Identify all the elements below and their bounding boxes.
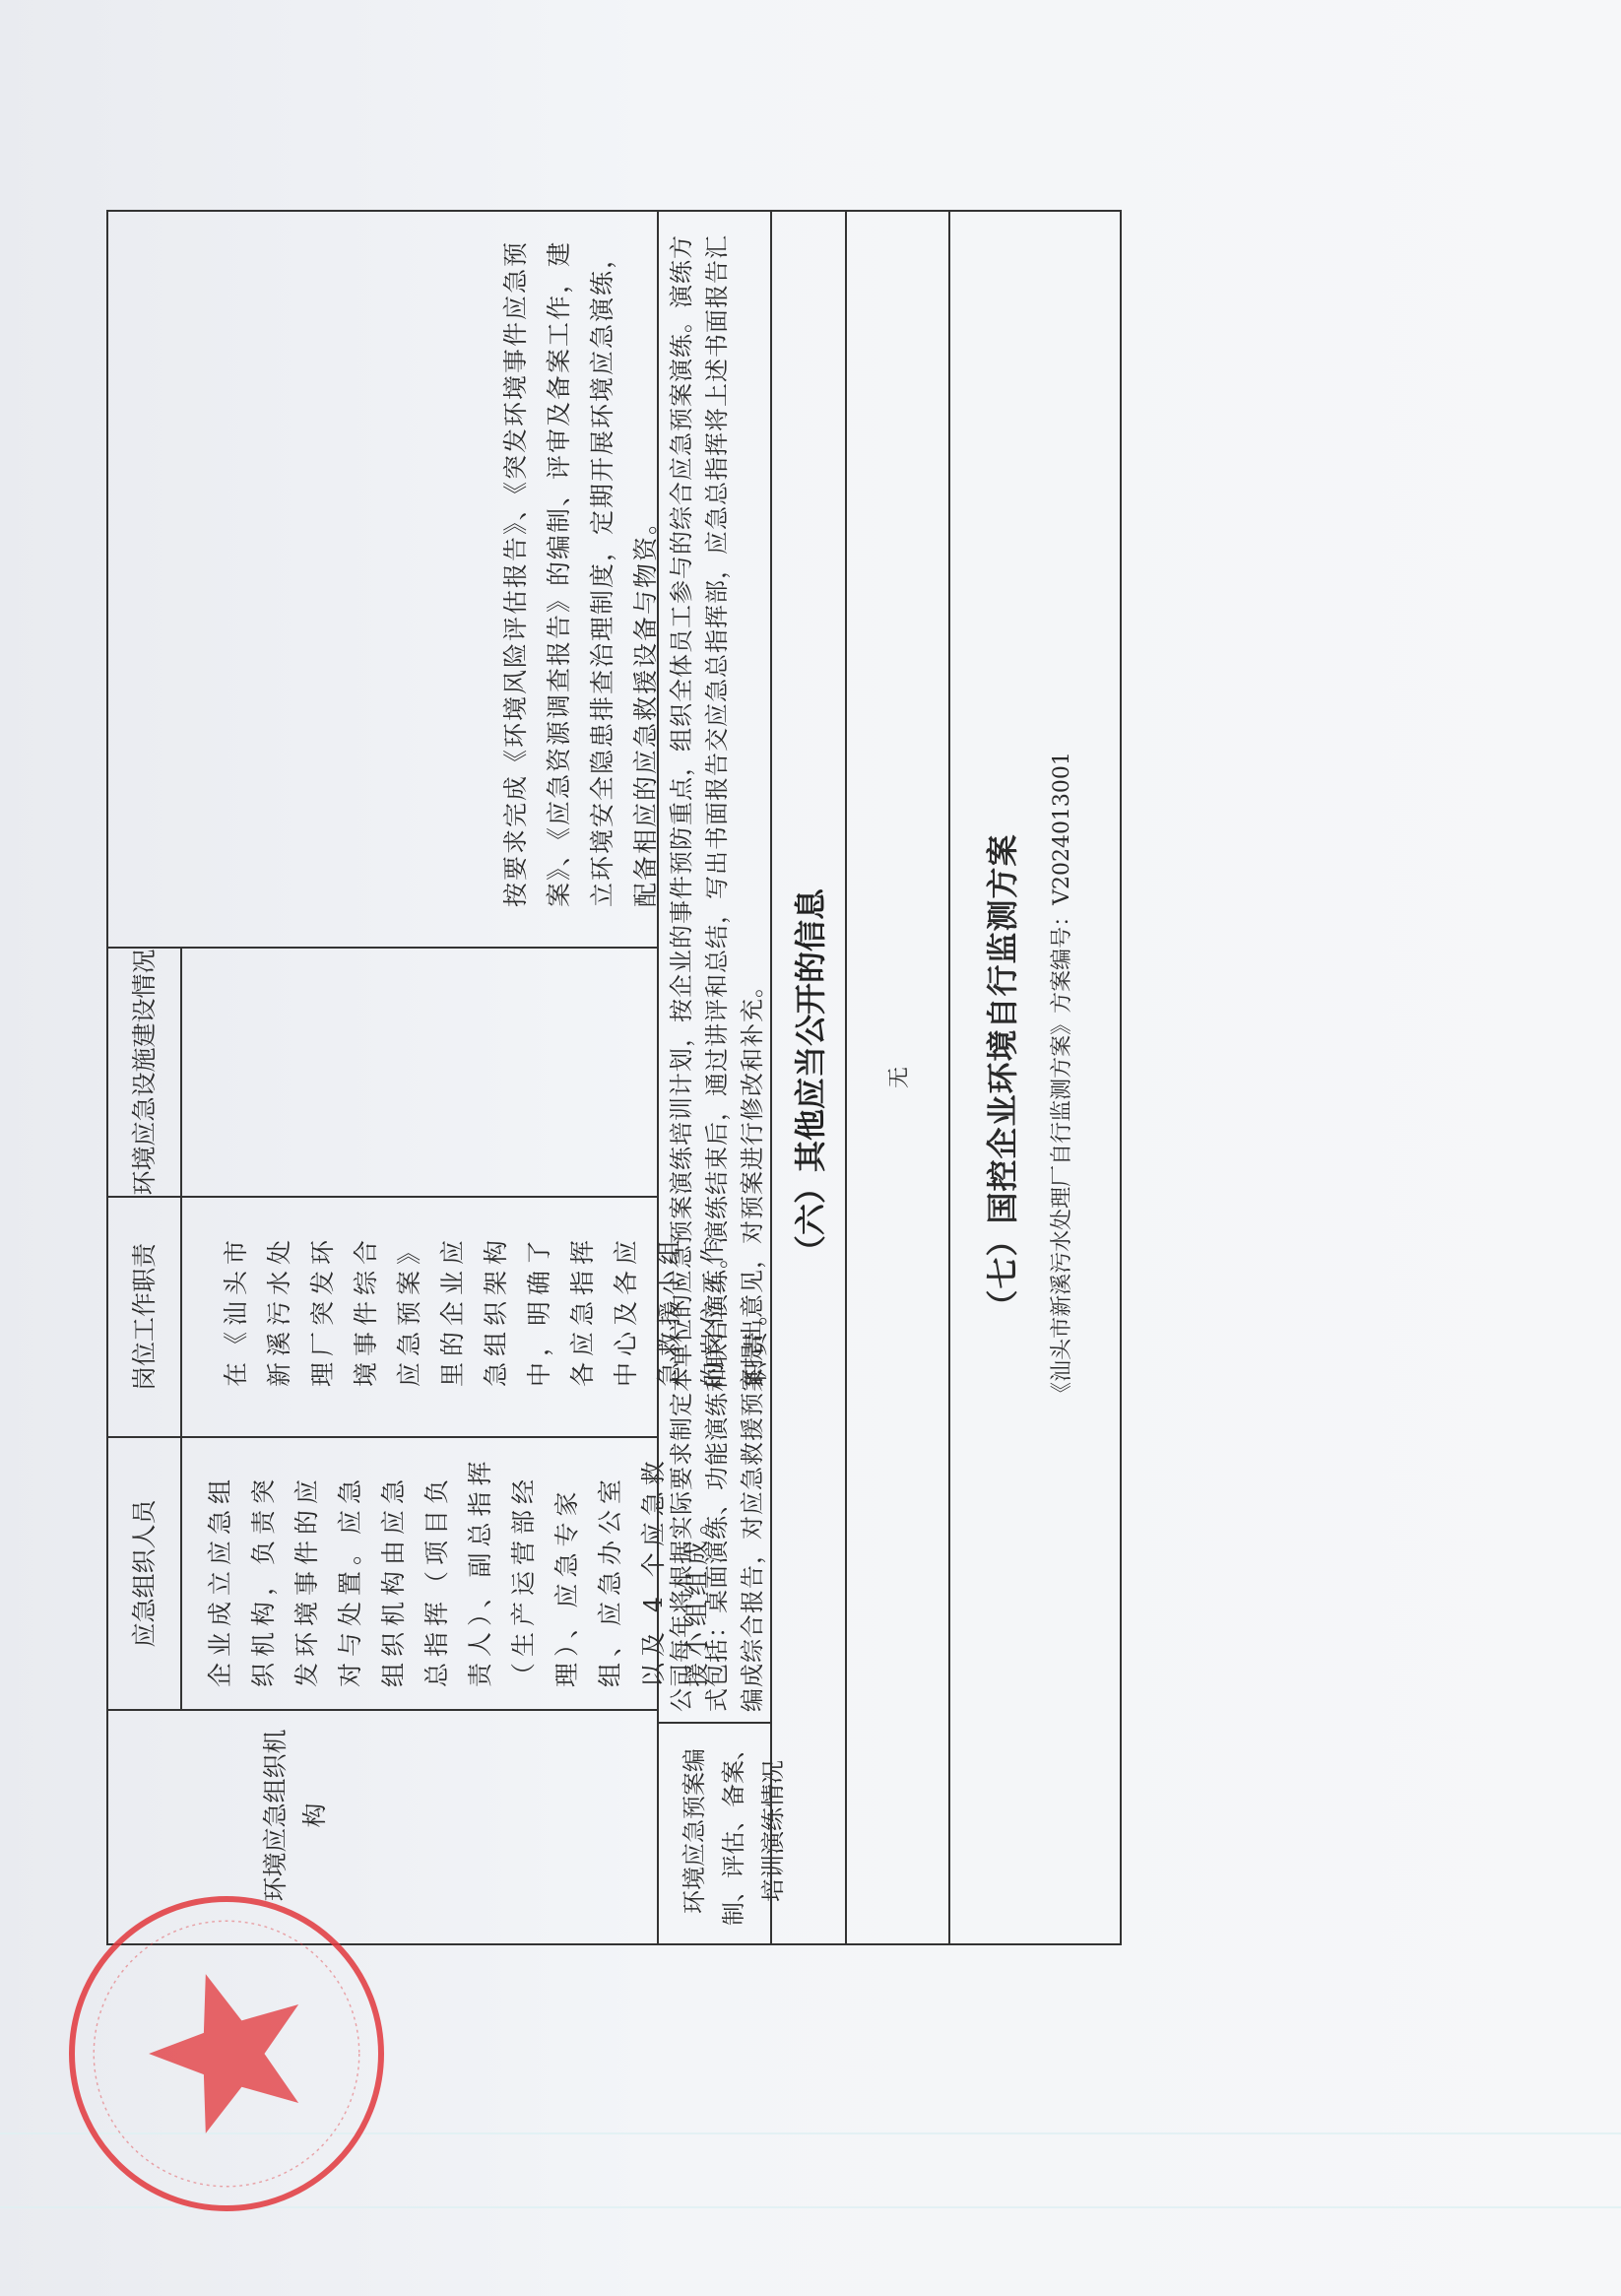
facilities-column: 环境应急设施建设情况: [108, 947, 657, 1196]
personnel-header: 应急组织人员: [108, 1438, 182, 1709]
section-7-heading: （七）国控企业环境自行监测方案: [978, 212, 1023, 1943]
duties-header: 岗位工作职责: [108, 1198, 182, 1436]
monitoring-plan-reference: 《汕头市新溪污水处理厂自行监测方案》方案编号：V2024013001: [1045, 212, 1075, 1943]
section-6-content: 无: [847, 212, 948, 1943]
section-6-heading: （六）其他应当公开的信息: [772, 212, 845, 1943]
section-6-heading-row: （六）其他应当公开的信息: [770, 210, 845, 1945]
section-7-row: （七）国控企业环境自行监测方案 《汕头市新溪污水处理厂自行监测方案》方案编号：V…: [948, 210, 1122, 1945]
facilities-detail-cell: 按要求完成《环境风险评估报告》、《突发环境事件应急预案》、《应急资源调查报告》的…: [108, 208, 657, 947]
personnel-column: 应急组织人员 企业成立应急组织机构，负责突发环境事件的应对与处置。应急组织机构由…: [108, 1436, 657, 1709]
rotated-document-page: 环境应急组织机构 应急组织人员 企业成立应急组织机构，负责突发环境事件的应对与处…: [106, 210, 1122, 1945]
company-seal: [69, 1896, 384, 2211]
emergency-plan-content-cell: 公司每年将根据实际要求制定本单位的应急预案演练培训计划，按企业的事件预防重点，组…: [659, 212, 770, 1722]
emergency-organization-row: 环境应急组织机构 应急组织人员 企业成立应急组织机构，负责突发环境事件的应对与处…: [106, 210, 657, 1945]
seal-ring-icon: [75, 1902, 378, 2205]
emergency-organization-label: 环境应急组织机构: [256, 1727, 335, 1904]
duties-column: 岗位工作职责 在《汕头市新溪污水处理厂突发环境事件综合应急预案》里的企业应急组织…: [108, 1196, 657, 1436]
section-6-content-row: 无: [845, 210, 948, 1945]
emergency-plan-content: 公司每年将根据实际要求制定本单位的应急预案演练培训计划，按企业的事件预防重点，组…: [664, 222, 770, 1712]
facilities-detail-text: 按要求完成《环境风险评估报告》、《突发环境事件应急预案》、《应急资源调查报告》的…: [494, 237, 668, 907]
personnel-text: 企业成立应急组织机构，负责突发环境事件的应对与处置。应急组织机构由应急总指挥（项…: [199, 1452, 719, 1687]
emergency-plan-row: 环境应急预案编制、评估、备案、培训演练情况 公司每年将根据实际要求制定本单位的应…: [657, 210, 770, 1945]
facilities-header: 环境应急设施建设情况: [108, 949, 182, 1196]
emergency-plan-label-cell: 环境应急预案编制、评估、备案、培训演练情况: [659, 1722, 770, 1943]
